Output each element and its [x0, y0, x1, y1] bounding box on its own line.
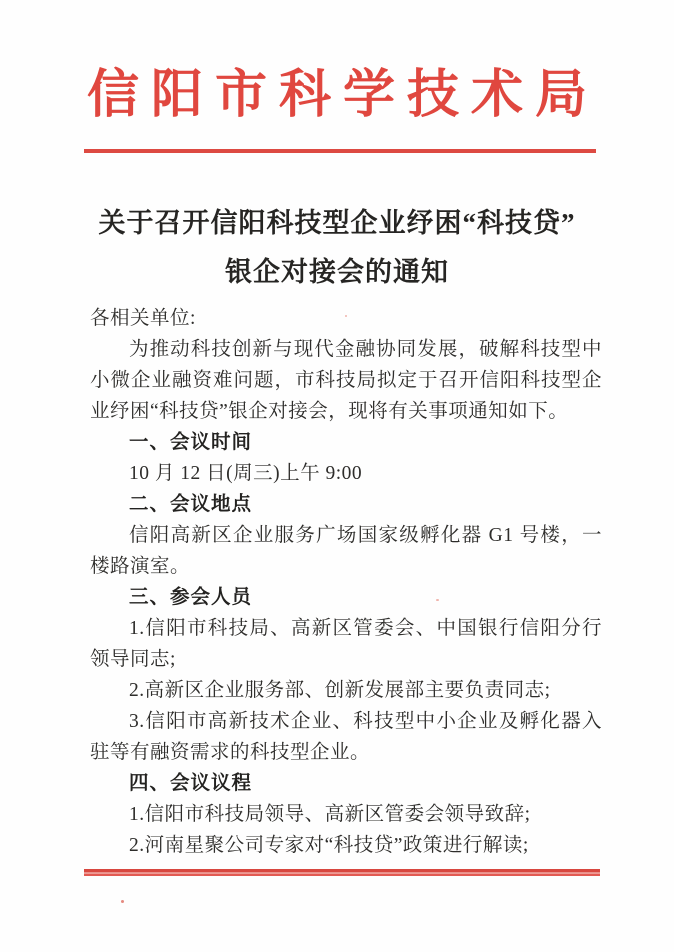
scan-noise-speck: [121, 900, 124, 903]
agenda-item-1: 1.信阳市科技局领导、高新区管委会领导致辞;: [90, 799, 602, 830]
section-heading-participants: 三、参会人员: [90, 582, 602, 613]
footer-rule: [84, 869, 600, 876]
intro-paragraph: 为推动科技创新与现代金融协同发展，破解科技型中小微企业融资难问题，市科技局拟定于…: [90, 334, 602, 427]
section-heading-agenda: 四、会议议程: [90, 768, 602, 799]
section-heading-meeting-place: 二、会议地点: [90, 489, 602, 520]
agenda-item-2: 2.河南星聚公司专家对“科技贷”政策进行解读;: [90, 830, 602, 861]
section-heading-meeting-time: 一、会议时间: [90, 427, 602, 458]
document-title-line-1: 关于召开信阳科技型企业纾困“科技贷”: [99, 208, 576, 238]
participants-item-3: 3.信阳市高新技术企业、科技型中小企业及孵化器入驻等有融资需求的科技型企业。: [90, 706, 602, 768]
document-body: 各相关单位: 为推动科技创新与现代金融协同发展，破解科技型中小微企业融资难问题，…: [90, 303, 602, 861]
letterhead-org-name: 信阳市科学技术局: [0, 70, 674, 122]
salutation: 各相关单位:: [90, 303, 602, 334]
document-page: 信阳市科学技术局 关于召开信阳科技型企业纾困“科技贷” 银企对接会的通知 各相关…: [0, 0, 674, 952]
document-title: 关于召开信阳科技型企业纾困“科技贷” 银企对接会的通知: [30, 199, 644, 297]
participants-item-2: 2.高新区企业服务部、创新发展部主要负责同志;: [90, 675, 602, 706]
letterhead-rule: [84, 149, 596, 153]
document-title-line-2: 银企对接会的通知: [225, 257, 449, 287]
scan-noise-speck: [345, 315, 347, 317]
meeting-time-value: 10 月 12 日(周三)上午 9:00: [90, 458, 602, 489]
meeting-place-value: 信阳高新区企业服务广场国家级孵化器 G1 号楼，一楼路演室。: [90, 520, 602, 582]
scan-noise-speck: [436, 599, 439, 601]
participants-item-1: 1.信阳市科技局、高新区管委会、中国银行信阳分行领导同志;: [90, 613, 602, 675]
